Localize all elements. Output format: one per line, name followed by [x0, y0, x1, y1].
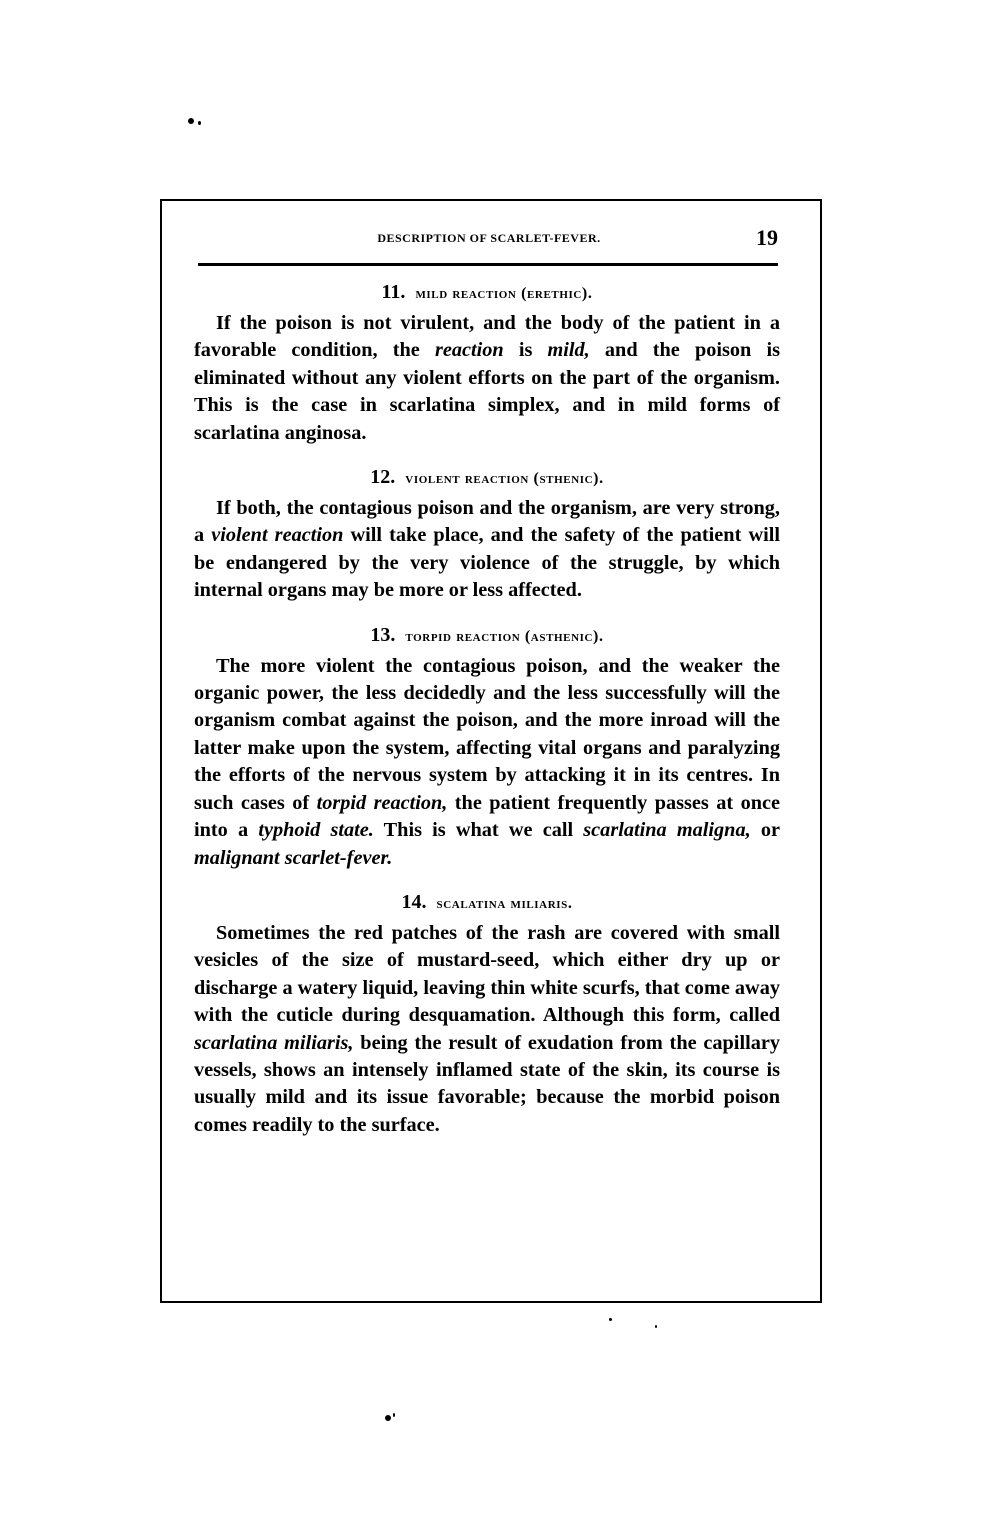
italic-emphasis: reaction — [435, 339, 504, 361]
page-number: 19 — [756, 225, 778, 251]
section-12: 12.Violent reaction (sthenic). If both, … — [194, 461, 780, 605]
italic-emphasis: malignant scarlet-fever. — [194, 847, 392, 869]
section-title: Mild reaction (erethic). — [415, 285, 592, 302]
running-head: DESCRIPTION OF SCARLET-FEVER. 19 — [200, 225, 778, 255]
section-11: 11.Mild reaction (erethic). If the poiso… — [194, 276, 780, 447]
italic-emphasis: mild, — [548, 339, 590, 361]
section-number: 14. — [402, 891, 427, 913]
section-title: Scalatina miliaris. — [437, 895, 573, 912]
italic-emphasis: violent reaction — [211, 524, 343, 546]
scan-speck — [393, 1413, 395, 1417]
section-paragraph: If the poison is not virulent, and the b… — [194, 310, 780, 447]
scan-speck — [385, 1415, 391, 1421]
section-number: 11. — [382, 281, 406, 303]
page-body: 11.Mild reaction (erethic). If the poiso… — [194, 276, 780, 1139]
section-number: 12. — [370, 466, 395, 488]
section-heading: 14.Scalatina miliaris. — [194, 886, 780, 920]
section-title: Violent reaction (sthenic). — [405, 470, 603, 487]
section-heading: 11.Mild reaction (erethic). — [194, 276, 780, 310]
scan-speck — [655, 1325, 657, 1328]
section-heading: 12.Violent reaction (sthenic). — [194, 461, 780, 495]
section-title: Torpid reaction (asthenic). — [405, 628, 603, 645]
italic-emphasis: typhoid state. — [258, 819, 374, 841]
section-14: 14.Scalatina miliaris. Sometimes the red… — [194, 886, 780, 1139]
italic-emphasis: scarlatina miliaris, — [194, 1032, 354, 1054]
italic-emphasis: scarlatina maligna, — [583, 819, 750, 841]
section-heading: 13.Torpid reaction (asthenic). — [194, 619, 780, 653]
scan-speck — [609, 1318, 612, 1321]
header-rule — [198, 263, 778, 266]
section-13: 13.Torpid reaction (asthenic). The more … — [194, 619, 780, 872]
section-number: 13. — [370, 624, 395, 646]
section-paragraph: Sometimes the red patches of the rash ar… — [194, 920, 780, 1139]
running-head-title: DESCRIPTION OF SCARLET-FEVER. — [200, 231, 778, 246]
section-paragraph: If both, the contagious poison and the o… — [194, 495, 780, 605]
scan-speck — [198, 121, 201, 125]
section-paragraph: The more violent the contagious poison, … — [194, 653, 780, 872]
italic-emphasis: torpid reaction, — [317, 792, 448, 814]
scan-speck — [188, 118, 194, 124]
